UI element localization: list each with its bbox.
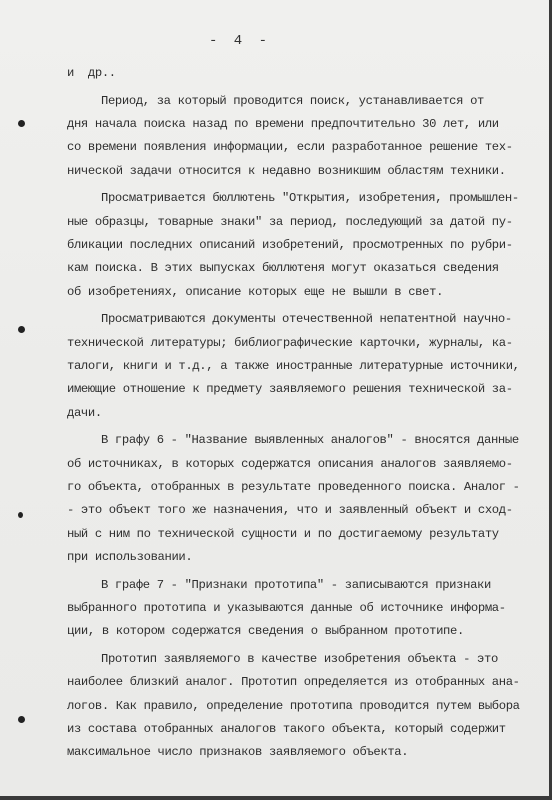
text-line: талоги, книги и т.д., а также иностранны…: [67, 355, 527, 378]
text-line: со времени появления информации, если ра…: [67, 136, 527, 159]
text-line: и др..: [67, 62, 527, 85]
text-line: технической литературы; библиографически…: [67, 332, 527, 355]
paragraph: и др..: [67, 62, 527, 85]
text-line: кам поиска. В этих выпусках бюллютеня мо…: [67, 257, 527, 280]
text-line: ные образцы, товарные знаки" за период, …: [67, 211, 527, 234]
text-line: Период, за который проводится поиск, уст…: [67, 90, 527, 113]
text-line: об источниках, в которых содержатся опис…: [67, 453, 527, 476]
text-line: ции, в котором содержатся сведения о выб…: [67, 620, 527, 643]
page-number: - 4 -: [0, 33, 480, 49]
text-line: В графу 6 - "Название выявленных аналого…: [67, 429, 527, 452]
text-line: дня начала поиска назад по времени предп…: [67, 113, 527, 136]
document-page: - 4 - и др..Период, за который проводитс…: [0, 0, 552, 800]
text-line: В графе 7 - "Признаки прототипа" - запис…: [67, 574, 527, 597]
paragraph: Просматривается бюллютень "Открытия, изо…: [67, 187, 527, 303]
paragraph: Просматриваются документы отечественной …: [67, 308, 527, 424]
paragraph: Период, за который проводится поиск, уст…: [67, 90, 527, 183]
document-body: и др..Период, за который проводится поис…: [67, 62, 527, 765]
text-line: дачи.: [67, 402, 527, 425]
text-line: выбранного прототипа и указываются данны…: [67, 597, 527, 620]
text-line: при использовании.: [67, 546, 527, 569]
text-line: Просматриваются документы отечественной …: [67, 308, 527, 331]
text-line: - это объект того же назначения, что и з…: [67, 499, 527, 522]
punch-hole-mark: [18, 120, 25, 127]
text-line: имеющие отношение к предмету заявляемого…: [67, 378, 527, 401]
text-line: логов. Как правило, определение прототип…: [67, 695, 527, 718]
text-line: максимальное число признаков заявляемого…: [67, 741, 527, 764]
paragraph: В графе 7 - "Признаки прототипа" - запис…: [67, 574, 527, 644]
text-line: наиболее близкий аналог. Прототип опреде…: [67, 671, 527, 694]
paragraph: В графу 6 - "Название выявленных аналого…: [67, 429, 527, 569]
text-line: Просматривается бюллютень "Открытия, изо…: [67, 187, 527, 210]
punch-hole-mark: [18, 512, 23, 518]
text-line: из состава отобранных аналогов такого об…: [67, 718, 527, 741]
text-line: нической задачи относится к недавно возн…: [67, 160, 527, 183]
text-line: об изобретениях, описание которых еще не…: [67, 281, 527, 304]
text-line: Прототип заявляемого в качестве изобрете…: [67, 648, 527, 671]
text-line: го объекта, отобранных в результате пров…: [67, 476, 527, 499]
punch-hole-mark: [18, 326, 25, 333]
punch-hole-mark: [18, 716, 25, 723]
paragraph: Прототип заявляемого в качестве изобрете…: [67, 648, 527, 764]
text-line: бликации последних описаний изобретений,…: [67, 234, 527, 257]
text-line: ный с ним по технической сущности и по д…: [67, 523, 527, 546]
